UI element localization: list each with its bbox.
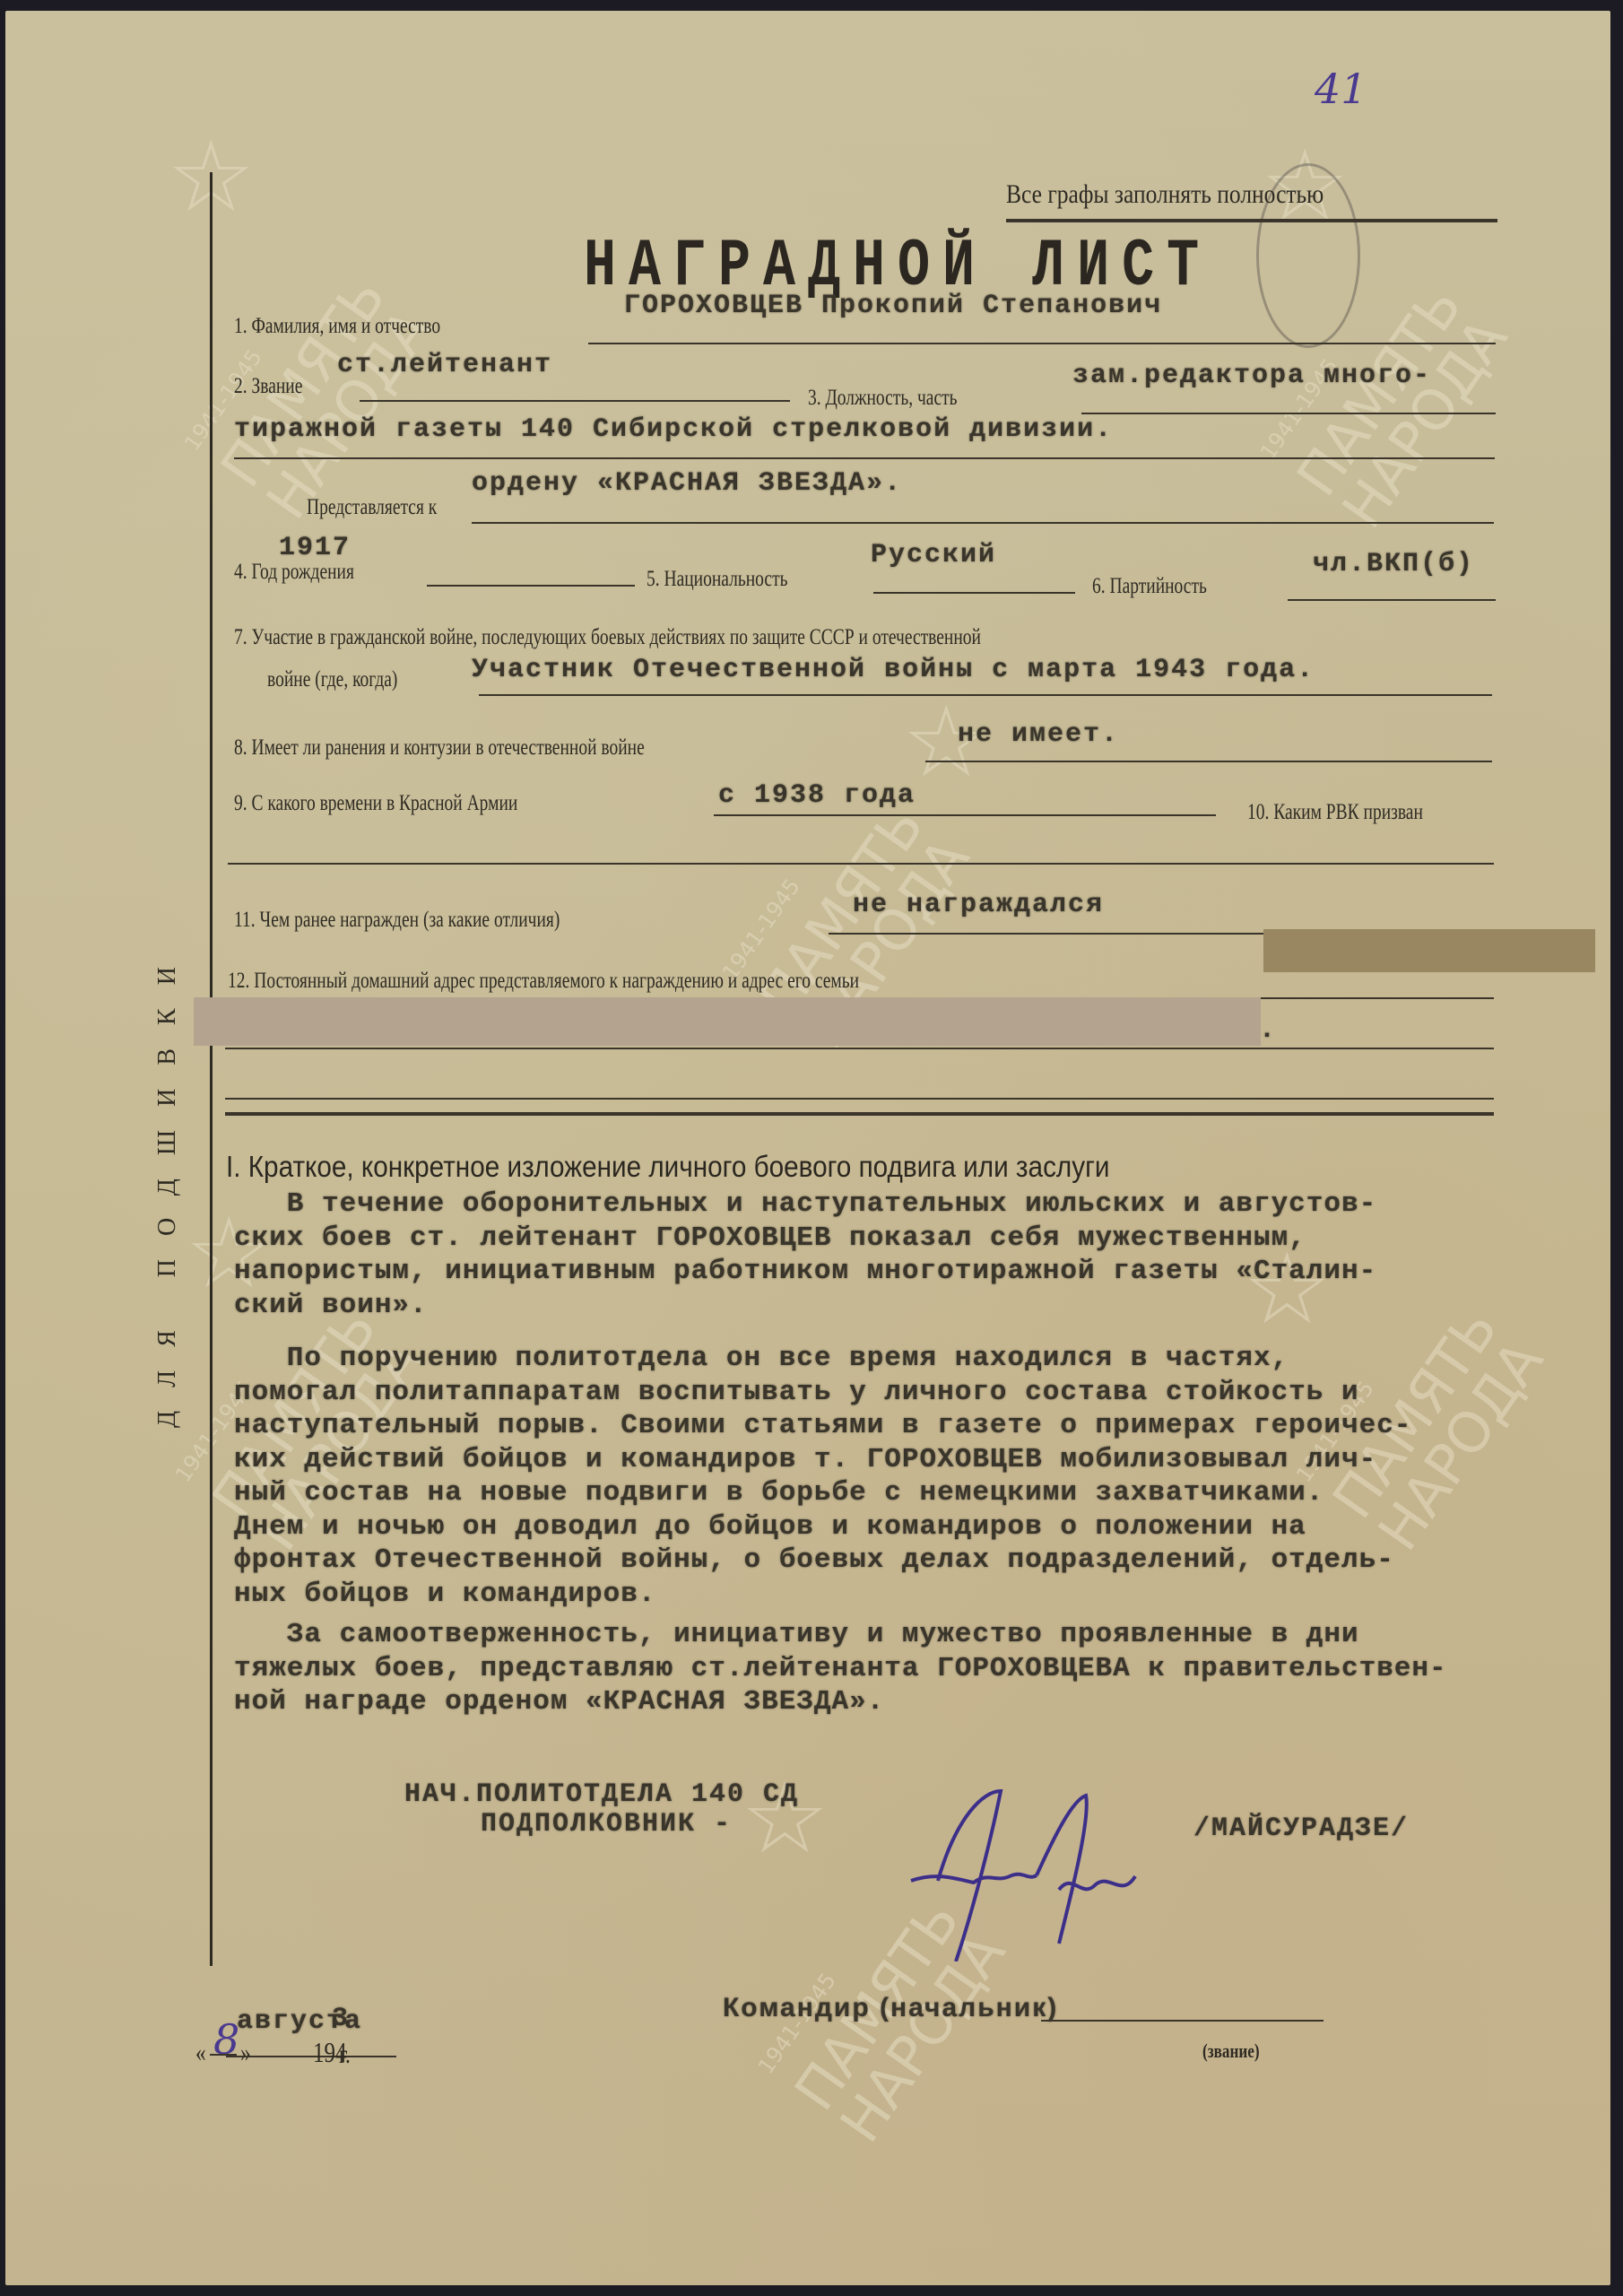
field-2-label: 2. Звание bbox=[234, 374, 302, 399]
margin-line bbox=[210, 172, 213, 1966]
field-4-line bbox=[427, 585, 635, 587]
field-10-line bbox=[228, 863, 1494, 865]
field-11-line bbox=[829, 933, 1295, 935]
field-11-label: 11. Чем ранее награжден (за какие отличи… bbox=[234, 908, 560, 933]
field-1-line bbox=[588, 343, 1496, 344]
narrative-line: ких действий бойцов и командиров т. ГОРО… bbox=[234, 1443, 1447, 1477]
binding-margin-label: ДЛЯ ПОДШИВКИ bbox=[153, 944, 182, 1428]
field-7-label-line1: 7. Участие в гражданской войне, последую… bbox=[234, 625, 981, 650]
narrative-line: тяжелых боев, представляю ст.лейтенанта … bbox=[234, 1652, 1447, 1686]
page-number-handwritten: 41 bbox=[1315, 65, 1367, 113]
redacted-address bbox=[194, 997, 1261, 1046]
narrative-block: В течение оборонительных и наступательны… bbox=[234, 1187, 1447, 1719]
narrative-line: ный состав на новые подвиги в борьбе с н… bbox=[234, 1476, 1447, 1510]
field-8-line bbox=[925, 761, 1492, 762]
date-close-quote: » bbox=[240, 2038, 251, 2068]
rank-caption: (звание) bbox=[1202, 2039, 1260, 2063]
narrative-line: ский воин». bbox=[234, 1289, 1447, 1323]
narrative-line: ных бойцов и командиров. bbox=[234, 1578, 1447, 1612]
field-3-line2 bbox=[234, 457, 1495, 459]
section-heading: I. Краткое, конкретное изложение личного… bbox=[226, 1150, 1110, 1184]
narrative-line: ной награде орденом «КРАСНАЯ ЗВЕЗДА». bbox=[234, 1685, 1447, 1719]
field-10-label: 10. Каким РВК призван bbox=[1247, 800, 1423, 825]
field-7-label-line2: войне (где, когда) bbox=[267, 667, 397, 692]
field-2-line bbox=[360, 400, 790, 402]
field-12-label: 12. Постоянный домашний адрес представля… bbox=[228, 969, 859, 994]
field-3-value-line2: тиражной газеты 140 Сибирской стрелковой… bbox=[234, 414, 1113, 445]
narrative-line: помогал политаппаратам воспитывать у лич… bbox=[234, 1376, 1447, 1410]
field-9-line bbox=[714, 814, 1216, 816]
date-year-suffix: 3 bbox=[332, 2004, 350, 2034]
section-divider bbox=[225, 1112, 1494, 1116]
narrative-line: Днем и ночью он доводил до бойцов и кома… bbox=[234, 1510, 1447, 1544]
narrative-line: За самоотверженность, инициативу и мужес… bbox=[234, 1618, 1447, 1652]
field-5-value: Русский bbox=[871, 540, 996, 570]
narrative-line: наступательный порыв. Своими статьями в … bbox=[234, 1409, 1447, 1443]
date-month-line bbox=[226, 2056, 396, 2057]
field-1-label: 1. Фамилия, имя и отчество bbox=[234, 314, 440, 339]
field-7-line bbox=[479, 694, 1492, 696]
field-4-label: 4. Год рождения bbox=[234, 560, 354, 585]
instruction-text: Все графы заполнять полностью bbox=[1006, 179, 1324, 210]
award-label: Представляется к bbox=[307, 495, 437, 520]
field-9-label: 9. С какого времени в Красной Армии bbox=[234, 791, 517, 816]
field-3-line bbox=[1081, 413, 1496, 414]
date-open-quote: « bbox=[195, 2038, 206, 2068]
narrative-line: напористым, инициативным работником мног… bbox=[234, 1255, 1447, 1289]
field-5-line bbox=[873, 592, 1075, 594]
field-6-label: 6. Партийность bbox=[1092, 574, 1207, 599]
field-12-line2 bbox=[225, 1048, 1494, 1049]
signer-rank: ПОДПОЛКОВНИК - bbox=[481, 1809, 732, 1839]
date-year-unit: г. bbox=[339, 2039, 351, 2070]
narrative-line: фронтах Отечественной войны, о боевых де… bbox=[234, 1544, 1447, 1578]
signer-position: НАЧ.ПОЛИТОТДЕЛА 140 СД bbox=[404, 1779, 799, 1810]
field-12-line bbox=[1252, 997, 1494, 999]
field-7-value: Участник Отечественной войны с марта 194… bbox=[472, 655, 1315, 685]
field-5-label: 5. Национальность bbox=[647, 567, 787, 592]
signer-name: /МАЙСУРАДЗЕ/ bbox=[1193, 1813, 1409, 1844]
narrative-line: По поручению политотдела он все время на… bbox=[234, 1342, 1447, 1376]
commander-label: Командир (начальник) bbox=[723, 1993, 1058, 2023]
field-12-dot: . bbox=[1259, 1015, 1277, 1046]
award-sheet: ☆ 1941-1945 ПАМЯТЬНАРОДА ☆ 1941-1945 ПАМ… bbox=[5, 11, 1610, 2285]
field-2-value: ст.лейтенант bbox=[337, 350, 552, 380]
field-8-label: 8. Имеет ли ранения и контузии в отечест… bbox=[234, 735, 645, 761]
field-12-line3 bbox=[225, 1098, 1494, 1100]
field-3-label: 3. Должность, часть bbox=[808, 386, 958, 411]
field-4-value: 1917 bbox=[279, 533, 351, 563]
award-line bbox=[472, 522, 1494, 524]
field-6-line bbox=[1288, 599, 1496, 601]
field-11-value: не награждался bbox=[853, 890, 1104, 920]
field-9-value: с 1938 года bbox=[718, 780, 916, 811]
narrative-line: В течение оборонительных и наступательны… bbox=[234, 1187, 1447, 1222]
field-1-value: ГОРОХОВЦЕВ Прокопий Степанович bbox=[624, 291, 1162, 321]
instruction-underline bbox=[1006, 219, 1497, 222]
commander-line bbox=[1041, 2020, 1324, 2022]
field-8-value: не имеет. bbox=[958, 719, 1119, 750]
redacted-area bbox=[1263, 929, 1595, 972]
signature-mark bbox=[902, 1782, 1189, 1961]
field-3-value-line1: зам.редактора много- bbox=[1072, 361, 1431, 391]
field-6-value: чл.ВКП(б) bbox=[1313, 549, 1474, 579]
watermark: 1941-1945 ПАМЯТЬНАРОДА bbox=[167, 237, 440, 528]
award-value: ордену «КРАСНАЯ ЗВЕЗДА». bbox=[472, 468, 902, 499]
narrative-line: ских боев ст. лейтенант ГОРОХОВЦЕВ показ… bbox=[234, 1222, 1447, 1256]
